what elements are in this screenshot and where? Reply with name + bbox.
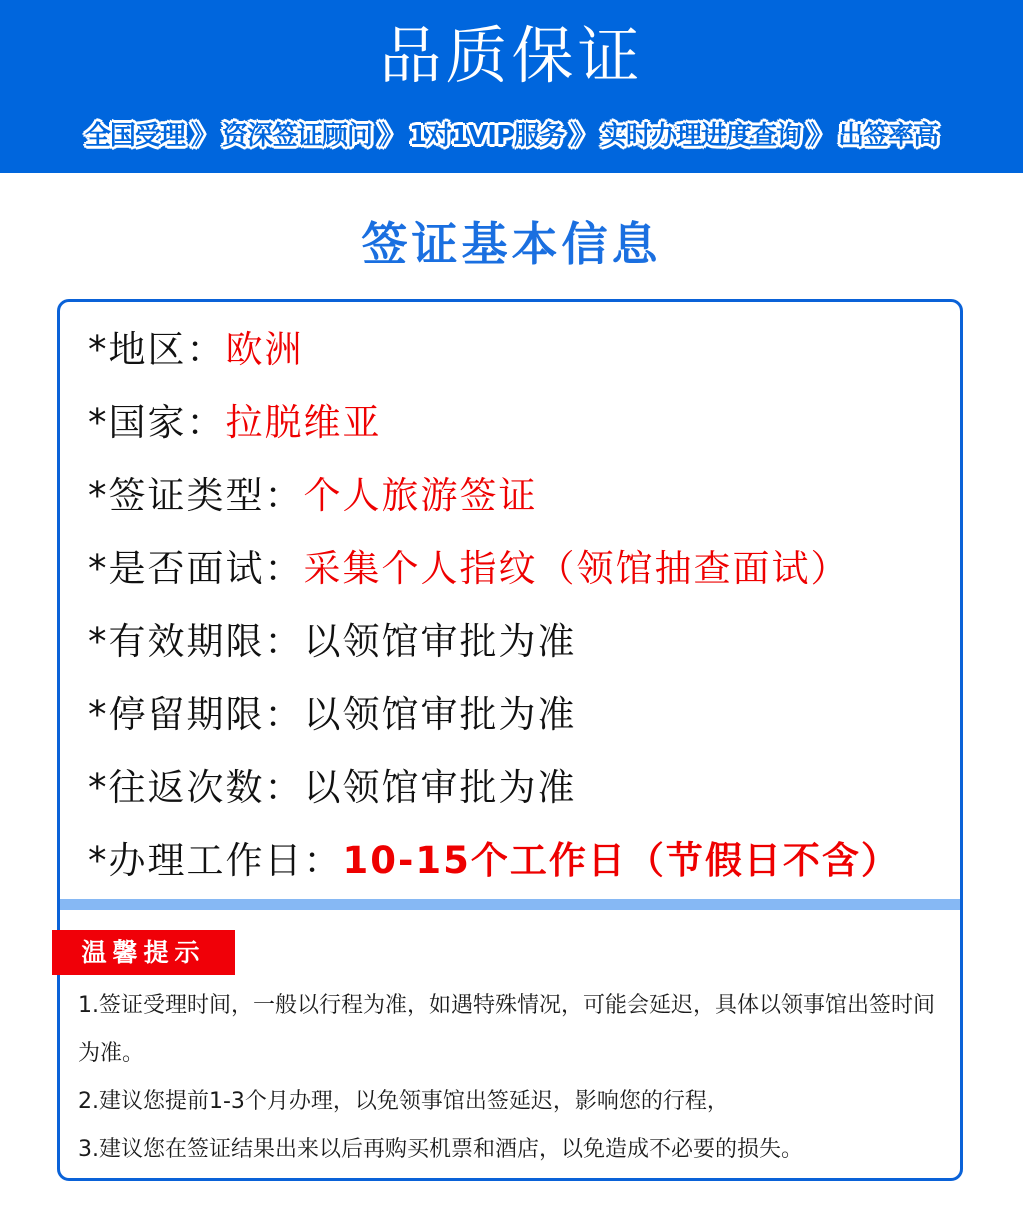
tip-item: 2.建议您提前1-3个月办理，以免领事馆出签延迟，影响您的行程， (78, 1078, 948, 1126)
divider-bar (60, 899, 960, 910)
info-label: *地区： (88, 328, 226, 371)
feature-item: 出签率高 (838, 121, 938, 151)
info-label: *有效期限： (88, 620, 304, 663)
info-row-region: *地区：欧洲 (88, 320, 304, 380)
section-title: 签证基本信息 (0, 212, 1023, 276)
feature-item: 1对1VIP服务 (409, 121, 564, 151)
chevron-right-icon: 》 (570, 121, 595, 151)
info-row-visa-type: *签证类型：个人旅游签证 (88, 466, 538, 526)
info-row-interview: *是否面试：采集个人指纹（领馆抽查面试） (88, 539, 850, 599)
info-label: *国家： (88, 401, 226, 444)
tips-list: 1.签证受理时间，一般以行程为准，如遇特殊情况，可能会延迟，具体以领事馆出签时间… (78, 982, 948, 1174)
info-value: 个人旅游签证 (304, 474, 538, 517)
chevron-right-icon: 》 (378, 121, 403, 151)
info-label: *停留期限： (88, 693, 304, 736)
feature-strip: 全国受理》资深签证顾问》1对1VIP服务》实时办理进度查询》出签率高 (0, 116, 1023, 156)
info-row-processing-days: *办理工作日：10-15个工作日（节假日不含） (88, 831, 900, 891)
info-value: 以领馆审批为准 (304, 620, 577, 663)
info-value: 欧洲 (226, 328, 304, 371)
info-label: *办理工作日： (88, 839, 343, 882)
info-value: 采集个人指纹（领馆抽查面试） (304, 547, 850, 590)
info-row-country: *国家：拉脱维亚 (88, 393, 382, 453)
chevron-right-icon: 》 (807, 121, 832, 151)
info-label: *签证类型： (88, 474, 304, 517)
chevron-right-icon: 》 (191, 121, 216, 151)
info-value: 以领馆审批为准 (304, 766, 577, 809)
info-label: *是否面试： (88, 547, 304, 590)
header-title: 品质保证 (0, 18, 1023, 94)
info-label: *往返次数： (88, 766, 304, 809)
info-value: 以领馆审批为准 (304, 693, 577, 736)
info-row-entries: *往返次数：以领馆审批为准 (88, 758, 577, 818)
feature-item: 资深签证顾问 (222, 121, 372, 151)
visa-info-box: *地区：欧洲 *国家：拉脱维亚 *签证类型：个人旅游签证 *是否面试：采集个人指… (57, 299, 963, 1181)
tips-badge: 温馨提示 (52, 930, 235, 975)
info-value: 拉脱维亚 (226, 401, 382, 444)
tip-item: 3.建议您在签证结果出来以后再购买机票和酒店，以免造成不必要的损失。 (78, 1126, 948, 1174)
info-row-validity: *有效期限：以领馆审批为准 (88, 612, 577, 672)
header-banner: 品质保证 全国受理》资深签证顾问》1对1VIP服务》实时办理进度查询》出签率高 (0, 0, 1023, 173)
feature-item: 实时办理进度查询 (601, 121, 801, 151)
feature-item: 全国受理 (85, 121, 185, 151)
info-value: 10-15个工作日（节假日不含） (343, 839, 900, 882)
info-row-stay-duration: *停留期限：以领馆审批为准 (88, 685, 577, 745)
tip-item: 1.签证受理时间，一般以行程为准，如遇特殊情况，可能会延迟，具体以领事馆出签时间… (78, 982, 948, 1078)
